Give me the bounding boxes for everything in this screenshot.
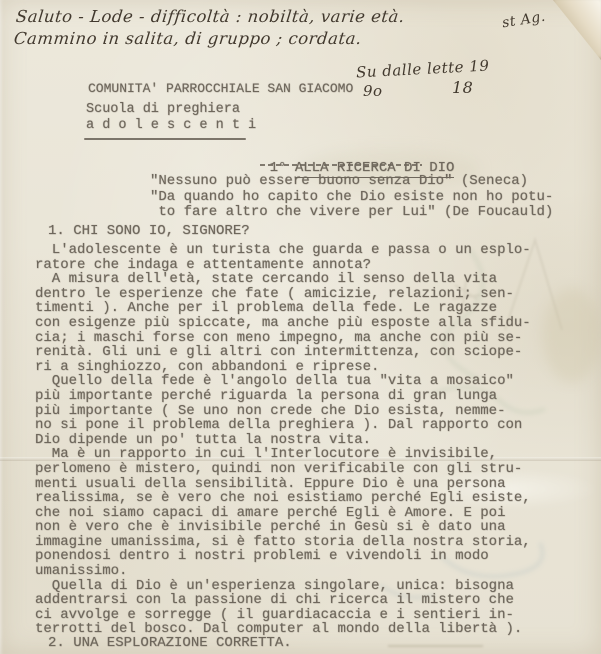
audience-label: a d o l e s c e n t i bbox=[86, 119, 256, 134]
letterhead-rule bbox=[84, 138, 246, 140]
paper-stain bbox=[543, 288, 601, 383]
handwritten-note-line1: Saluto - Lode - difficoltà : nobiltà, va… bbox=[15, 7, 406, 26]
bottom-smudge bbox=[388, 645, 483, 647]
body-text: L'adolescente è un turista che guarda e … bbox=[35, 243, 531, 637]
organization-name: COMUNITA' PARROCCHIALE SAN GIACOMO bbox=[88, 82, 353, 97]
epigraph-quotes: "Nessuno può essere buono senza Dio" (Se… bbox=[150, 174, 553, 221]
handwritten-corner-note: st Ag. bbox=[501, 9, 547, 32]
handwritten-mid-note-line2a: 9o bbox=[363, 82, 383, 100]
handwritten-mid-note-line2b: 18 bbox=[452, 78, 473, 97]
program-name: Scuola di preghiera bbox=[86, 103, 240, 118]
title-dashed-underline bbox=[260, 164, 422, 166]
section-2-heading: 2. UNA ESPLORAZIONE CORRETTA. bbox=[48, 636, 292, 651]
scanned-document-page: Saluto - Lode - difficoltà : nobiltà, va… bbox=[0, 0, 601, 654]
section-1-heading: 1. CHI SONO IO, SIGNORE? bbox=[48, 224, 250, 239]
folded-corner bbox=[551, 0, 601, 60]
handwritten-note-line2: Cammino in salita, di gruppo ; cordata. bbox=[13, 29, 363, 48]
